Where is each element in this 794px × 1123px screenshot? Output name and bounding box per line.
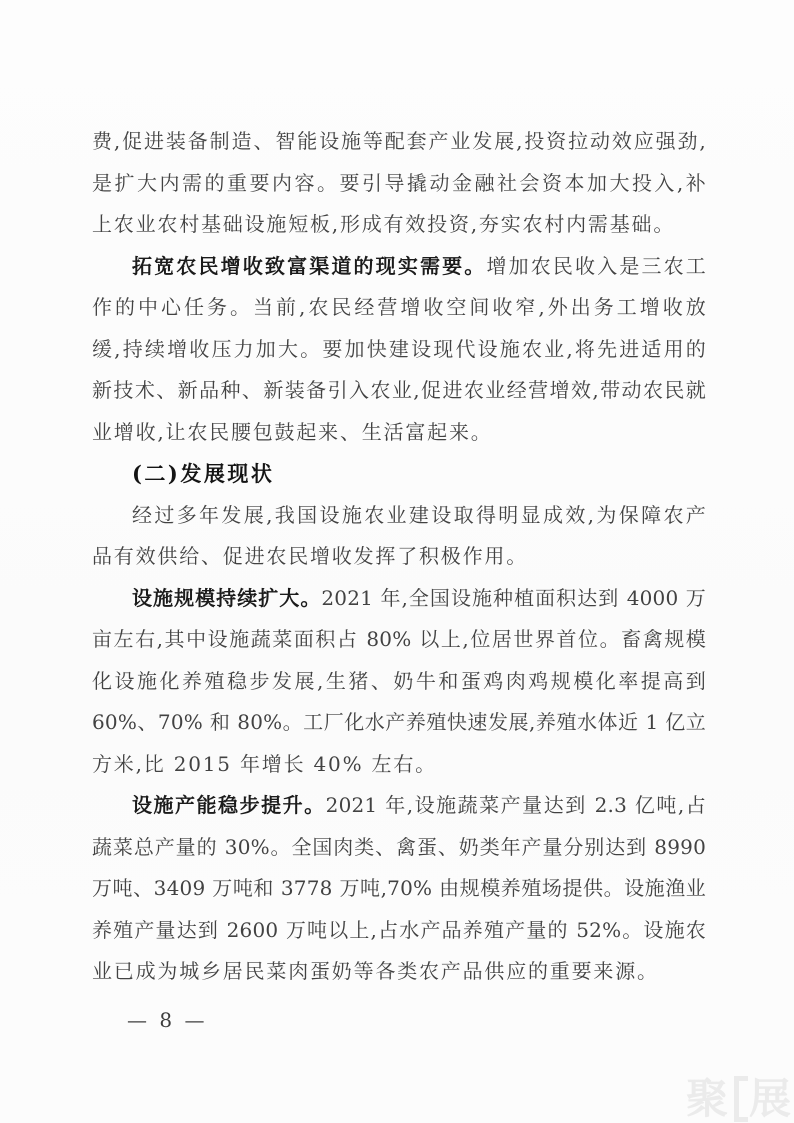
paragraph-lead: 设施规模持续扩大。 — [132, 586, 321, 610]
text-segment: 增加农民收入是三农工 — [486, 254, 706, 278]
watermark-char-left: 聚 — [686, 1077, 728, 1121]
text-line: 亩左右,其中设施蔬菜面积占 80% 以上,位居世界首位。畜禽规模 — [92, 619, 706, 661]
text-segment: 业增收,让农民腰包鼓起来、生活富起来。 — [92, 420, 493, 444]
watermark-char-right: 展 — [749, 1077, 791, 1121]
text-line: 设施产能稳步提升。2021 年,设施蔬菜产量达到 2.3 亿吨,占 — [92, 785, 706, 827]
text-segment: 60%、70% 和 80%。工厂化水产养殖快速发展,养殖水体近 1 亿立 — [92, 710, 706, 734]
text-segment: 化设施化养殖稳步发展,生猪、奶牛和蛋鸡肉鸡规模化率提高到 — [92, 669, 706, 693]
text-segment: 经过多年发展,我国设施农业建设取得明显成效,为保障农产 — [132, 503, 706, 527]
text-segment: 方米,比 2015 年增长 40% 左右。 — [92, 752, 437, 776]
text-line: 养殖产量达到 2600 万吨以上,占水产品养殖产量的 52%。设施农 — [92, 910, 706, 952]
text-line: 新技术、新品种、新装备引入农业,促进农业经营增效,带动农民就 — [92, 370, 706, 412]
text-line: 品有效供给、促进农民增收发挥了积极作用。 — [92, 536, 706, 578]
page-number: — 8 — — [127, 1005, 207, 1035]
text-line: 作的中心任务。当前,农民经营增收空间收窄,外出务工增收放 — [92, 287, 706, 329]
text-line: 缓,持续增收压力加大。要加快建设现代设施农业,将先进适用的 — [92, 329, 706, 371]
text-segment: 上农业农村基础设施短板,形成有效投资,夯实农村内需基础。 — [92, 212, 675, 236]
text-segment: 蔬菜总产量的 30%。全国肉类、禽蛋、奶类年产量分别达到 8990 — [92, 835, 706, 859]
paragraph-lead: 拓宽农民增收致富渠道的现实需要。 — [132, 254, 486, 278]
document-page: 费,促进装备制造、智能设施等配套产业发展,投资拉动效应强劲, 是扩大内需的重要内… — [0, 0, 794, 1123]
text-segment: 品有效供给、促进农民增收发挥了积极作用。 — [92, 544, 528, 568]
text-line: 60%、70% 和 80%。工厂化水产养殖快速发展,养殖水体近 1 亿立 — [92, 702, 706, 744]
text-line: 拓宽农民增收致富渠道的现实需要。增加农民收入是三农工 — [92, 246, 706, 288]
text-line: 费,促进装备制造、智能设施等配套产业发展,投资拉动效应强劲, — [92, 121, 706, 163]
text-line: (二)发展现状 — [92, 453, 706, 495]
text-segment: 养殖产量达到 2600 万吨以上,占水产品养殖产量的 52%。设施农 — [92, 918, 706, 942]
section-heading: (二)发展现状 — [132, 461, 274, 486]
text-segment: 业已成为城乡居民菜肉蛋奶等各类农产品供应的重要来源。 — [92, 959, 659, 983]
text-line: 上农业农村基础设施短板,形成有效投资,夯实农村内需基础。 — [92, 204, 706, 246]
text-segment: 是扩大内需的重要内容。要引导撬动金融社会资本加大投入,补 — [92, 171, 706, 195]
text-segment: 作的中心任务。当前,农民经营增收空间收窄,外出务工增收放 — [92, 295, 706, 319]
text-segment: 2021 年,设施蔬菜产量达到 2.3 亿吨,占 — [326, 793, 706, 817]
text-line: 万吨、3409 万吨和 3778 万吨,70% 由规模养殖场提供。设施渔业 — [92, 868, 706, 910]
watermark: 聚 展 — [686, 1076, 791, 1122]
text-segment: 亩左右,其中设施蔬菜面积占 80% 以上,位居世界首位。畜禽规模 — [92, 627, 706, 651]
document-body: 费,促进装备制造、智能设施等配套产业发展,投资拉动效应强劲, 是扩大内需的重要内… — [92, 121, 706, 993]
paragraph-lead: 设施产能稳步提升。 — [132, 793, 326, 817]
text-line: 经过多年发展,我国设施农业建设取得明显成效,为保障农产 — [92, 495, 706, 537]
text-line: 化设施化养殖稳步发展,生猪、奶牛和蛋鸡肉鸡规模化率提高到 — [92, 661, 706, 703]
text-line: 设施规模持续扩大。2021 年,全国设施种植面积达到 4000 万 — [92, 578, 706, 620]
text-line: 方米,比 2015 年增长 40% 左右。 — [92, 744, 706, 786]
text-segment: 缓,持续增收压力加大。要加快建设现代设施农业,将先进适用的 — [92, 337, 706, 361]
text-line: 是扩大内需的重要内容。要引导撬动金融社会资本加大投入,补 — [92, 163, 706, 205]
text-line: 业已成为城乡居民菜肉蛋奶等各类农产品供应的重要来源。 — [92, 951, 706, 993]
text-segment: 新技术、新品种、新装备引入农业,促进农业经营增效,带动农民就 — [92, 378, 706, 402]
text-segment: 万吨、3409 万吨和 3778 万吨,70% 由规模养殖场提供。设施渔业 — [92, 876, 706, 900]
text-segment: 费,促进装备制造、智能设施等配套产业发展,投资拉动效应强劲, — [92, 129, 706, 153]
text-line: 业增收,让农民腰包鼓起来、生活富起来。 — [92, 412, 706, 454]
text-segment: 2021 年,全国设施种植面积达到 4000 万 — [321, 586, 706, 610]
watermark-bracket-icon — [734, 1076, 748, 1122]
text-line: 蔬菜总产量的 30%。全国肉类、禽蛋、奶类年产量分别达到 8990 — [92, 827, 706, 869]
